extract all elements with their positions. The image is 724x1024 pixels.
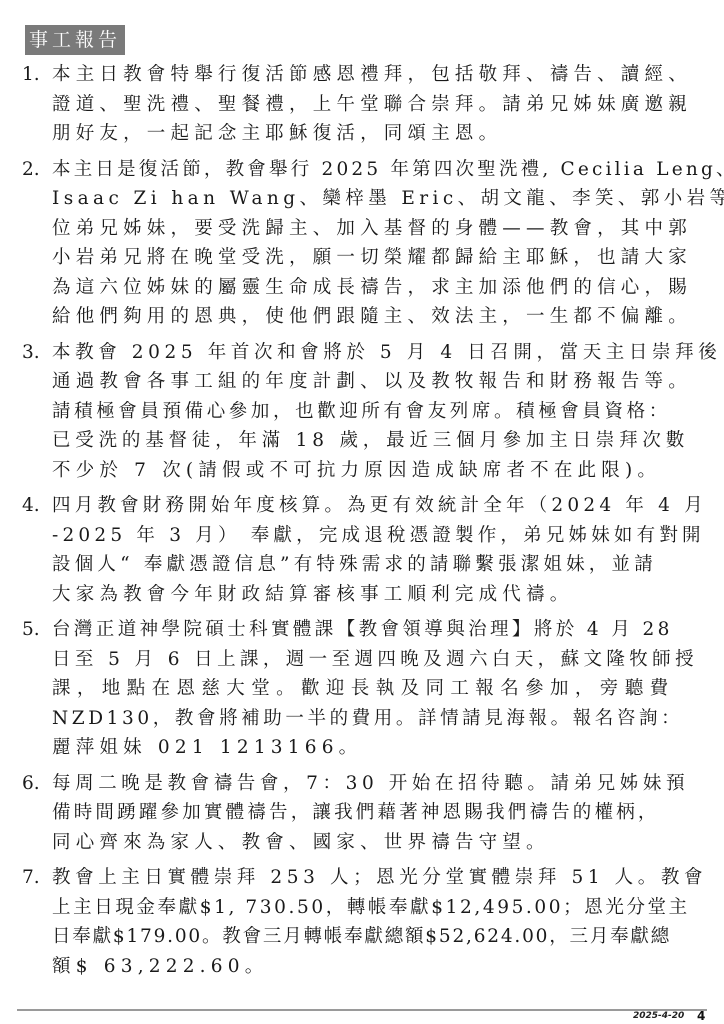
text-line: 日至 5 月 6 日上課，週一至週四晚及週六白天，蘇文隆牧師授 <box>52 645 702 675</box>
text-line: 每周二晚是教會禱告會，7：30 开始在招待聽。請弟兄姊妹預 <box>52 769 702 799</box>
text-line: 通過教會各事工組的年度計劃、以及教牧報告和財務報告等。 <box>52 367 721 397</box>
announcement-item: 1. 本主日教會特舉行復活節感恩禮拜，包括敬拜、禱告、讀經、 證道、聖洗禮、聖餐… <box>22 60 702 149</box>
footer-divider <box>17 1009 707 1011</box>
text-line: 證道、聖洗禮、聖餐禮，上午堂聯合崇拜。請弟兄姊妹廣邀親 <box>52 90 702 120</box>
item-number: 5. <box>22 615 52 763</box>
announcement-item: 2. 本主日是復活節，教會舉行 2025 年第四次聖洗禮, Cecilia Le… <box>22 155 702 332</box>
item-number: 3. <box>22 338 52 486</box>
announcement-item: 3. 本教會 2025 年首次和會將於 5 月 4 日召開，當天主日崇拜後 通過… <box>22 338 702 486</box>
section-title: 事工報告 <box>25 25 125 55</box>
text-line: 位弟兄姊妹，要受洗歸主、加入基督的身體——教會，其中郭 <box>52 214 724 244</box>
text-line: 本主日教會特舉行復活節感恩禮拜，包括敬拜、禱告、讀經、 <box>52 60 702 90</box>
item-text: 本教會 2025 年首次和會將於 5 月 4 日召開，當天主日崇拜後 通過教會各… <box>52 338 721 486</box>
item-text: 台灣正道神學院碩士科實體課【教會領導與治理】將於 4 月 28 日至 5 月 6… <box>52 615 702 763</box>
text-line: 請積極會員預備心參加，也歡迎所有會友列席。積極會員資格： <box>52 397 721 427</box>
item-text: 本主日是復活節，教會舉行 2025 年第四次聖洗禮, Cecilia Leng、… <box>52 155 724 332</box>
text-line: 上主日現金奉獻$1, 730.50，轉帳奉獻$12,495.00；恩光分堂主 <box>52 893 707 923</box>
item-number: 6. <box>22 769 52 858</box>
item-number: 4. <box>22 491 52 609</box>
item-text: 教會上主日實體崇拜 253 人；恩光分堂實體崇拜 51 人。教會 上主日現金奉獻… <box>52 863 707 981</box>
announcement-item: 6. 每周二晚是教會禱告會，7：30 开始在招待聽。請弟兄姊妹預 備時間踴躍參加… <box>22 769 702 858</box>
item-text: 四月教會財務開始年度核算。為更有效統計全年（2024 年 4 月 -2025 年… <box>52 491 707 609</box>
announcement-item: 5. 台灣正道神學院碩士科實體課【教會領導與治理】將於 4 月 28 日至 5 … <box>22 615 702 763</box>
announcement-list: 1. 本主日教會特舉行復活節感恩禮拜，包括敬拜、禱告、讀經、 證道、聖洗禮、聖餐… <box>22 60 702 987</box>
text-line: 為這六位姊妹的屬靈生命成長禱告，求主加添他們的信心，賜 <box>52 273 724 303</box>
text-line: 不少於 7 次(請假或不可抗力原因造成缺席者不在此限)。 <box>52 456 721 486</box>
page-number: 4 <box>697 1009 705 1023</box>
announcement-item: 7. 教會上主日實體崇拜 253 人；恩光分堂實體崇拜 51 人。教會 上主日現… <box>22 863 702 981</box>
text-line: 小岩弟兄將在晚堂受洗，願一切榮耀都歸給主耶穌，也請大家 <box>52 243 724 273</box>
text-line: NZD130，教會將補助一半的費用。詳情請見海報。報名咨詢： <box>52 704 702 734</box>
text-line: 備時間踴躍參加實體禱告，讓我們藉著神恩賜我們禱告的權柄， <box>52 798 702 828</box>
text-line: Isaac Zi han Wang、欒梓墨 Eric、胡文龍、李笑、郭小岩等六 <box>52 184 724 214</box>
item-number: 7. <box>22 863 52 981</box>
item-text: 每周二晚是教會禱告會，7：30 开始在招待聽。請弟兄姊妹預 備時間踴躍參加實體禱… <box>52 769 702 858</box>
text-line: 日奉獻$179.00。教會三月轉帳奉獻總額$52,624.00，三月奉獻總 <box>52 922 707 952</box>
text-line: 大家為教會今年財政結算審核事工順利完成代禱。 <box>52 580 707 610</box>
text-line: 給他們夠用的恩典，使他們跟隨主、效法主，一生都不偏離。 <box>52 302 724 332</box>
text-line: 麗萍姐妹 021 1213166。 <box>52 733 702 763</box>
text-line: 本教會 2025 年首次和會將於 5 月 4 日召開，當天主日崇拜後 <box>52 338 721 368</box>
text-line: 額$ 63,222.60。 <box>52 952 707 982</box>
item-number: 2. <box>22 155 52 332</box>
item-text: 本主日教會特舉行復活節感恩禮拜，包括敬拜、禱告、讀經、 證道、聖洗禮、聖餐禮，上… <box>52 60 702 149</box>
text-line: -2025 年 3 月） 奉獻，完成退稅憑證製作，弟兄姊妹如有對開 <box>52 521 707 551</box>
text-line: 台灣正道神學院碩士科實體課【教會領導與治理】將於 4 月 28 <box>52 615 702 645</box>
text-line: 課，地點在恩慈大堂。歡迎長執及同工報名參加，旁聽費 <box>52 674 702 704</box>
text-line: 已受洗的基督徒，年滿 18 歲，最近三個月參加主日崇拜次數 <box>52 426 721 456</box>
text-line: 本主日是復活節，教會舉行 2025 年第四次聖洗禮, Cecilia Leng、 <box>52 155 724 185</box>
announcement-item: 4. 四月教會財務開始年度核算。為更有效統計全年（2024 年 4 月 -202… <box>22 491 702 609</box>
footer-date: 2025-4-20 <box>633 1011 684 1021</box>
text-line: 同心齊來為家人、教會、國家、世界禱告守望。 <box>52 828 702 858</box>
text-line: 四月教會財務開始年度核算。為更有效統計全年（2024 年 4 月 <box>52 491 707 521</box>
text-line: 教會上主日實體崇拜 253 人；恩光分堂實體崇拜 51 人。教會 <box>52 863 707 893</box>
item-number: 1. <box>22 60 52 149</box>
text-line: 設個人“ 奉獻憑證信息”有特殊需求的請聯繫張潔姐妹，並請 <box>52 550 707 580</box>
text-line: 朋好友，一起記念主耶穌復活，同頌主恩。 <box>52 119 702 149</box>
